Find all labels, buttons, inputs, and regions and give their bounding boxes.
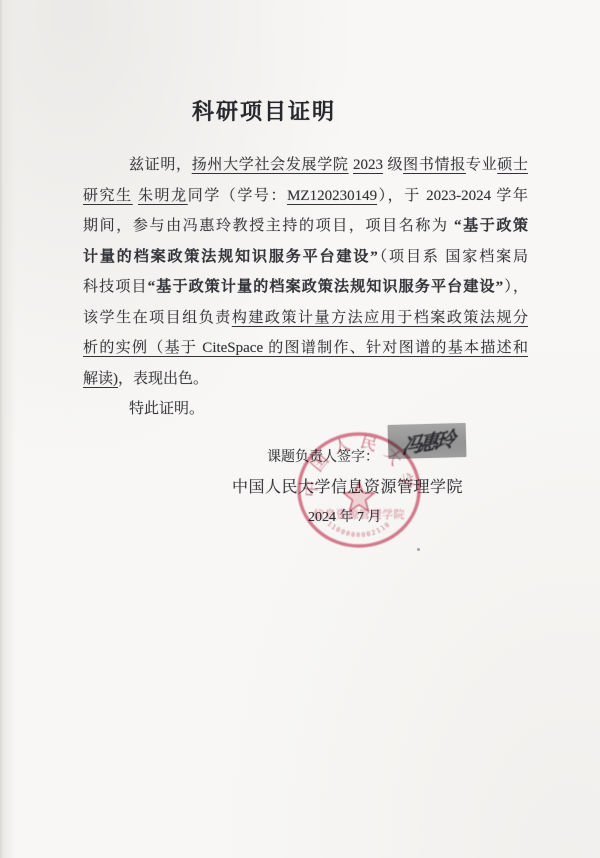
body-line: 该学生在项目组负责构建政策计量方法应用于档案政策法规分 [83, 303, 528, 334]
underlined-text: 2023 [353, 157, 383, 173]
text-run: 兹证明， [129, 157, 192, 173]
bold-text: “基于政策 [454, 218, 528, 234]
underlined-text: 解读) [83, 371, 118, 387]
underlined-text: 析的实例（基于 CiteSpace 的图谱制作、针对图谱的基本描述和 [83, 340, 528, 356]
text-run: 专业 [466, 157, 497, 173]
body-line: 期间，参与由冯惠玲教授主持的项目，项目名称为 “基于政策 [83, 211, 528, 242]
text-run: 级 [383, 157, 403, 173]
body-line: 析的实例（基于 CiteSpace 的图谱制作、针对图谱的基本描述和 [83, 333, 528, 364]
official-seal: 中国人民大学 信息资源管理学院 1100000002110 [296, 431, 422, 549]
text-run: 科技项目 [83, 279, 148, 295]
bold-text: “基于政策计量的档案政策法规知识服务平台建设” [148, 279, 504, 295]
text-run: ），于 2023-2024 学年 [377, 188, 528, 204]
scanned-paper: 科研项目证明 兹证明，扬州大学社会发展学院 2023 级图书情报专业硕士研究生 … [0, 0, 600, 858]
seal-bottom-text: 信息资源管理学院 [313, 507, 405, 521]
body-line: 解读)，表现出色。 [83, 364, 528, 395]
underlined-text: MZ120230149 [287, 188, 377, 204]
underlined-text: 朱明龙 [138, 188, 188, 204]
underlined-text: 图书情报 [403, 157, 466, 173]
text-run: 期间，参与由冯惠玲教授主持的项目，项目名称为 [83, 218, 454, 234]
text-run: ，表现出色。 [118, 371, 208, 387]
text-run: 该学生在项目组负责 [83, 310, 232, 326]
underlined-text: 硕士 [497, 157, 528, 173]
text-run: 同学（学号： [188, 188, 287, 204]
body-line: 特此证明。 [83, 394, 528, 425]
seal-star-icon [344, 482, 374, 511]
body-line: 兹证明，扬州大学社会发展学院 2023 级图书情报专业硕士 [83, 150, 528, 181]
underlined-text: 扬州大学社会发展学院 [192, 157, 349, 173]
text-run: （项目系 国家档案局 [378, 249, 528, 265]
underlined-text: 研究生 [83, 188, 133, 204]
body-line: 科技项目“基于政策计量的档案政策法规知识服务平台建设”）， [83, 272, 528, 303]
certificate-body: 兹证明，扬州大学社会发展学院 2023 级图书情报专业硕士研究生 朱明龙同学（学… [83, 150, 528, 425]
text-run: ）， [503, 279, 528, 295]
bold-text: 计量的档案政策法规知识服务平台建设” [83, 249, 378, 265]
document-title: 科研项目证明 [0, 95, 528, 126]
seal-serial: 1100000002110 [326, 521, 393, 539]
text-run: 特此证明。 [129, 401, 204, 417]
underlined-text: 构建政策计量方法应用于档案政策法规分 [232, 310, 528, 326]
body-line: 计量的档案政策法规知识服务平台建设”（项目系 国家档案局 [83, 242, 528, 273]
body-line: 研究生 朱明龙同学（学号：MZ120230149），于 2023-2024 学年 [83, 181, 528, 212]
